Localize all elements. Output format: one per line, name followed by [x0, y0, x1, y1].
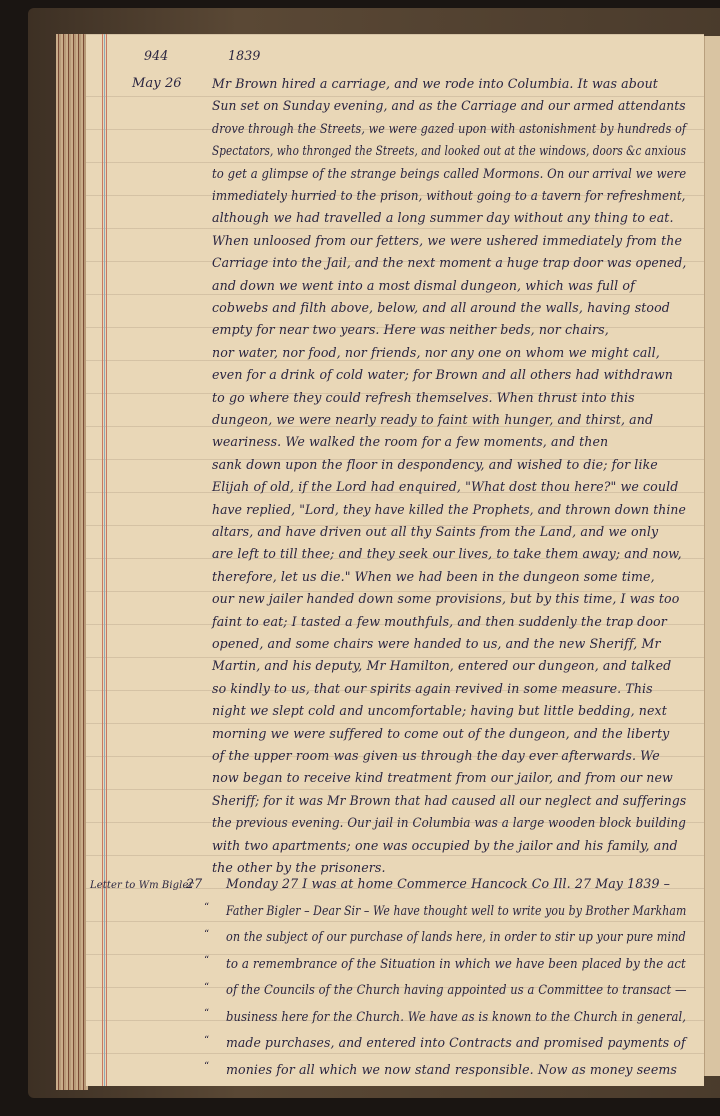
- manuscript-line: to get a glimpse of the strange beings c…: [212, 166, 686, 181]
- ditto-mark: “: [204, 929, 209, 940]
- manuscript-line: Spectators, who thronged the Streets, an…: [212, 143, 686, 158]
- manuscript-line: of the Councils of the Church having app…: [226, 982, 687, 997]
- manuscript-line: on the subject of our purchase of lands …: [226, 929, 686, 944]
- manuscript-line: nor water, nor food, nor friends, nor an…: [212, 345, 660, 360]
- manuscript-line: Martin, and his deputy, Mr Hamilton, ent…: [212, 658, 671, 673]
- manuscript-line: and down we went into a most dismal dung…: [212, 278, 635, 293]
- manuscript-line: Sheriff; for it was Mr Brown that had ca…: [212, 793, 686, 808]
- manuscript-line: our new jailer handed down some provisio…: [212, 591, 679, 606]
- manuscript-line: weariness. We walked the room for a few …: [212, 434, 608, 449]
- manuscript-line: the other by the prisoners.: [212, 860, 386, 875]
- manuscript-line: of the upper room was given us through t…: [212, 748, 660, 763]
- manuscript-line: Monday 27 I was at home Commerce Hancock…: [226, 876, 670, 891]
- manuscript-line: When unloosed from our fetters, we were …: [212, 233, 682, 248]
- manuscript-line: night we slept cold and uncomfortable; h…: [212, 703, 667, 718]
- manuscript-line: to a remembrance of the Situation in whi…: [226, 956, 686, 971]
- manuscript-line: altars, and have driven out all thy Sain…: [212, 524, 658, 539]
- ditto-mark: “: [204, 1061, 209, 1072]
- margin-rule-blue: [104, 34, 105, 1086]
- manuscript-line: business here for the Church. We have as…: [226, 1009, 686, 1024]
- manuscript-line: to go where they could refresh themselve…: [212, 390, 635, 405]
- manuscript-line: therefore, let us die." When we had been…: [212, 569, 655, 584]
- manuscript-line: empty for near two years. Here was neith…: [212, 322, 609, 337]
- manuscript-line: now began to receive kind treatment from…: [212, 770, 673, 785]
- manuscript-line: have replied, "Lord, they have killed th…: [212, 502, 686, 517]
- manuscript-line: faint to eat; I tasted a few mouthfuls, …: [212, 614, 667, 629]
- manuscript-line: Mr Brown hired a carriage, and we rode i…: [212, 76, 658, 91]
- margin-note-letter: Letter to Wm Bigler: [90, 880, 193, 891]
- manuscript-line: so kindly to us, that our spirits again …: [212, 681, 653, 696]
- manuscript-line: Father Bigler – Dear Sir – We have thoug…: [226, 903, 686, 918]
- manuscript-line: are left to till thee; and they seek our…: [212, 546, 682, 561]
- manuscript-line: dungeon, we were nearly ready to faint w…: [212, 412, 653, 427]
- ditto-mark: “: [204, 982, 209, 993]
- year-heading: 1839: [228, 48, 260, 63]
- manuscript-line: even for a drink of cold water; for Brow…: [212, 367, 673, 382]
- manuscript-line: immediately hurried to the prison, witho…: [212, 188, 686, 203]
- manuscript-line: cobwebs and filth above, below, and all …: [212, 300, 670, 315]
- facing-page-edge: [704, 36, 720, 1076]
- manuscript-line: Sun set on Sunday evening, and as the Ca…: [212, 98, 686, 113]
- manuscript-line: although we had travelled a long summer …: [212, 210, 674, 225]
- ditto-mark: “: [204, 1008, 209, 1019]
- ditto-mark: “: [204, 1035, 209, 1046]
- manuscript-line: opened, and some chairs were handed to u…: [212, 636, 661, 651]
- manuscript-line: morning we were suffered to come out of …: [212, 726, 669, 741]
- manuscript-line: sank down upon the floor in despondency,…: [212, 457, 658, 472]
- page-number: 944: [144, 48, 168, 63]
- page-stack-edges: [56, 34, 88, 1090]
- margin-rule-red: [102, 34, 103, 1086]
- manuscript-line: with two apartments; one was occupied by…: [212, 838, 678, 853]
- ditto-mark: “: [204, 902, 209, 913]
- manuscript-line: made purchases, and entered into Contrac…: [226, 1035, 686, 1050]
- manuscript-line: Elijah of old, if the Lord had enquired,…: [212, 479, 678, 494]
- manuscript-line: drove through the Streets, we were gazed…: [212, 121, 686, 136]
- margin-date-may-26: May 26: [132, 76, 182, 91]
- journal-page: 944 1839 May 26 Letter to Wm Bigler 27 M…: [86, 34, 704, 1086]
- day-number-27: 27: [186, 876, 202, 891]
- manuscript-line: the previous evening. Our jail in Columb…: [212, 815, 686, 830]
- ditto-mark: “: [204, 955, 209, 966]
- manuscript-line: Carriage into the Jail, and the next mom…: [212, 255, 686, 270]
- margin-rule-red: [106, 34, 107, 1086]
- manuscript-line: monies for all which we now stand respon…: [226, 1062, 677, 1077]
